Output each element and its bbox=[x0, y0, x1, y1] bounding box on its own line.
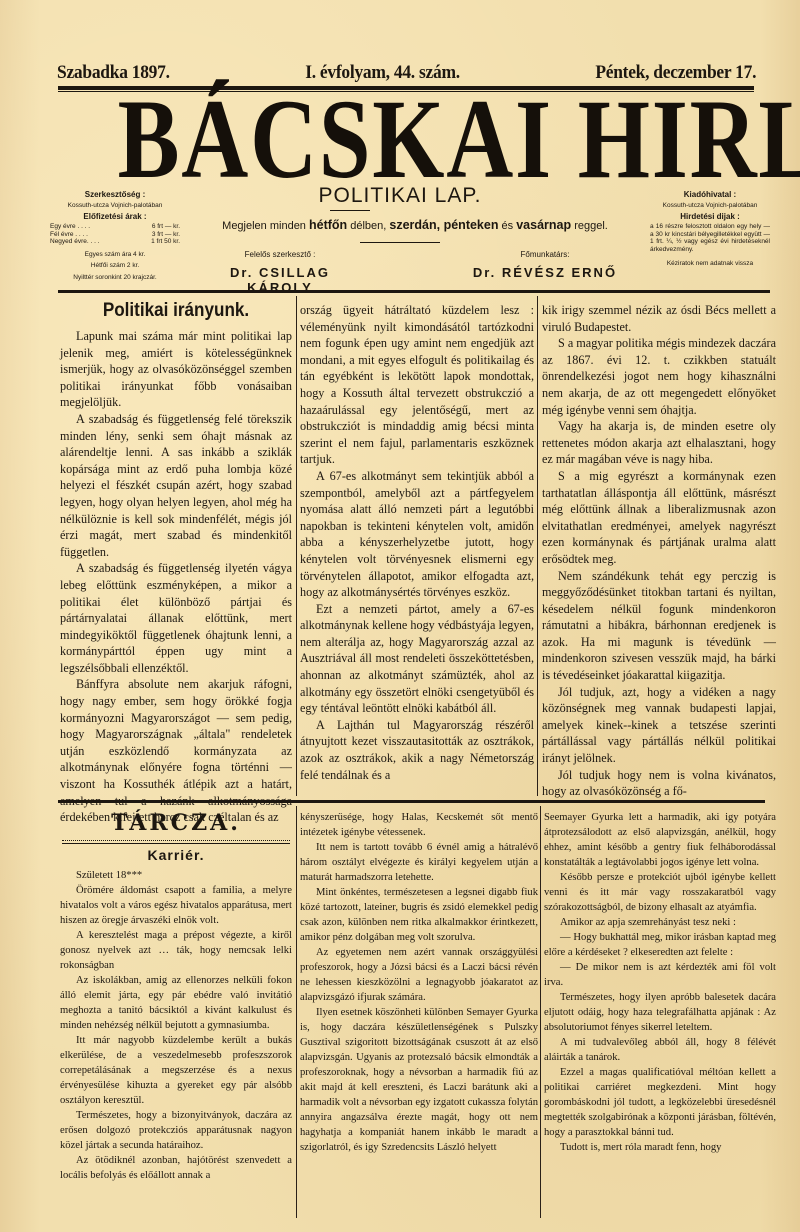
article-title: Politikai irányunk. bbox=[73, 300, 278, 322]
article-column-2: ország ügyeit hátráltató küzdelem lesz :… bbox=[300, 302, 534, 783]
column-divider bbox=[537, 296, 538, 796]
publisher-address: Kossuth-utcza Vojnich-palotában bbox=[650, 201, 770, 210]
masthead-rule bbox=[58, 290, 770, 293]
ads-text: a 16 részre felosztott oldalon egy hely … bbox=[650, 223, 770, 253]
feuilleton-section-title: TÁRCZA. bbox=[62, 810, 290, 836]
responsible-editor: Felelős szerkesztő : Dr. CSILLAG KÁROLY bbox=[200, 250, 360, 295]
prices-heading: Előfizetési árak : bbox=[50, 212, 180, 221]
column-divider bbox=[540, 806, 541, 1218]
ornament-dash bbox=[330, 210, 370, 211]
office-heading: Szerkesztőség : bbox=[50, 190, 180, 199]
publisher-heading: Kiadóhivatal : bbox=[650, 190, 770, 199]
story-title: Karriér. bbox=[62, 847, 290, 863]
price-row: Fél évre . . . .3 frt — kr. bbox=[50, 231, 180, 239]
column-divider bbox=[296, 296, 297, 796]
masthead-subtitle: POLITIKAI LAP. bbox=[290, 184, 510, 208]
single-issue-price: Egyes szám ára 4 kr. bbox=[50, 250, 180, 259]
office-address: Kossuth-utcza Vojnich-palotában bbox=[50, 201, 180, 210]
ornament-dash bbox=[360, 242, 440, 243]
editorial-office-info: Szerkesztőség : Kossuth-utcza Vojnich-pa… bbox=[50, 188, 180, 282]
feuilleton-rule bbox=[58, 800, 765, 803]
monday-issue-price: Hétfői szám 2 kr. bbox=[50, 261, 180, 270]
article-column-1: Lapunk mai száma már mint politikai lap … bbox=[60, 328, 292, 826]
column-divider bbox=[296, 806, 297, 1218]
feuilleton-column-3: Seemayer Gyurka lett a harmadik, aki igy… bbox=[544, 810, 776, 1155]
ads-heading: Hirdetési dijak : bbox=[650, 212, 770, 221]
feuilleton-column-2: kényszerüsége, hogy Halas, Kecskemét sőt… bbox=[300, 810, 538, 1155]
article-column-3: kik irigy szemmel nézik az ósdi Bécs mel… bbox=[542, 302, 776, 800]
masthead-title: BÁCSKAI HIRLAP bbox=[118, 92, 703, 189]
price-row: Negyed évre. . . .1 frt 50 kr. bbox=[50, 238, 180, 246]
feuilleton-title-rule bbox=[62, 840, 290, 844]
publisher-info: Kiadóhivatal : Kossuth-utcza Vojnich-pal… bbox=[650, 188, 770, 268]
manuscripts-note: Kéziratok nem adatnak vissza bbox=[650, 259, 770, 268]
feuilleton-column-1: Született 18*** Örömére áldomást csapott… bbox=[60, 868, 292, 1183]
price-row: Egy évre . . . .6 frt — kr. bbox=[50, 223, 180, 231]
publication-schedule: Megjelen minden hétfőn délben, szerdán, … bbox=[185, 218, 645, 232]
open-space-price: Nyilttér soronkint 20 krajczár. bbox=[50, 273, 180, 282]
chief-collaborator: Főmunkatárs: Dr. RÉVÉSZ ERNŐ bbox=[465, 250, 625, 280]
newspaper-page: Szabadka 1897. I. évfolyam, 44. szám. Pé… bbox=[0, 0, 800, 1232]
